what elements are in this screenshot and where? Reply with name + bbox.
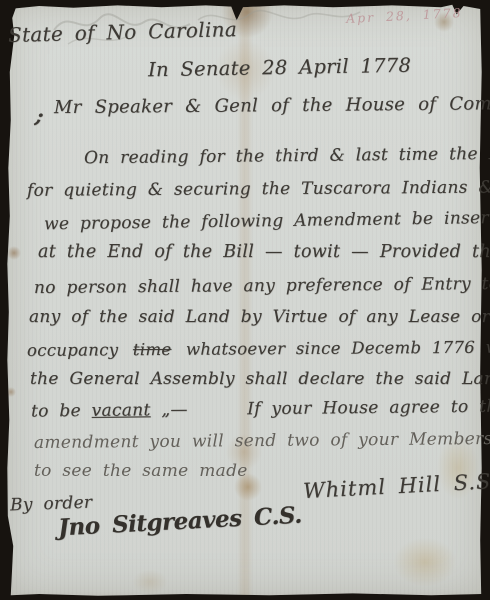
line-text: whatsoever since Decemb 1776 whenever — [186, 337, 490, 359]
photo-background: Apr 28, 1778 State of No Carolina In Sen… — [0, 0, 490, 600]
manuscript-line: we propose the following Amendment be in… — [44, 208, 490, 235]
senate-dateline: In Senate 28 April 1778 — [148, 54, 412, 82]
manuscript-line: the General Assembly shall declare the s… — [30, 369, 490, 389]
manuscript-line: to be vacant „— If your House agree to t… — [31, 396, 490, 421]
state-heading: State of No Carolina — [8, 17, 238, 47]
archival-date-note: Apr 28, 1778 — [346, 5, 463, 26]
manuscript-line: to see the same made — [34, 461, 248, 481]
manuscript-line: no person shall have any preference of E… — [34, 274, 490, 298]
underlined-word: vacant — [92, 400, 151, 421]
line-text: If your House agree to this — [247, 396, 490, 419]
manuscript-line: for quieting & securing the Tuscarora In… — [27, 177, 490, 201]
struck-word: time — [133, 340, 172, 359]
salutation: Mr Speaker & Genl of the House of Common… — [54, 93, 490, 118]
line-text: occupancy — [27, 340, 118, 360]
manuscript-ink-layer: Apr 28, 1778 State of No Carolina In Sen… — [0, 0, 490, 600]
line-text: to be — [31, 401, 92, 422]
manuscript-line: any of the said Land by Virtue of any Le… — [29, 307, 490, 327]
manuscript-line: at the End of the Bill — towit — Provide… — [38, 242, 490, 262]
ink-blot-mark: ; — [34, 103, 47, 128]
manuscript-line: occupancy time whatsoever since Decemb 1… — [27, 337, 490, 360]
clerk-signature: Jno Sitgreaves C.S. — [57, 502, 302, 542]
by-order-label: By order — [10, 493, 93, 516]
speaker-signature: Whitml Hill S.S. — [303, 469, 490, 503]
dash-mark: „— — [161, 400, 188, 420]
manuscript-line: On reading for the third & last time the… — [84, 144, 490, 169]
manuscript-line: amendment you will send two of your Memb… — [34, 429, 490, 453]
